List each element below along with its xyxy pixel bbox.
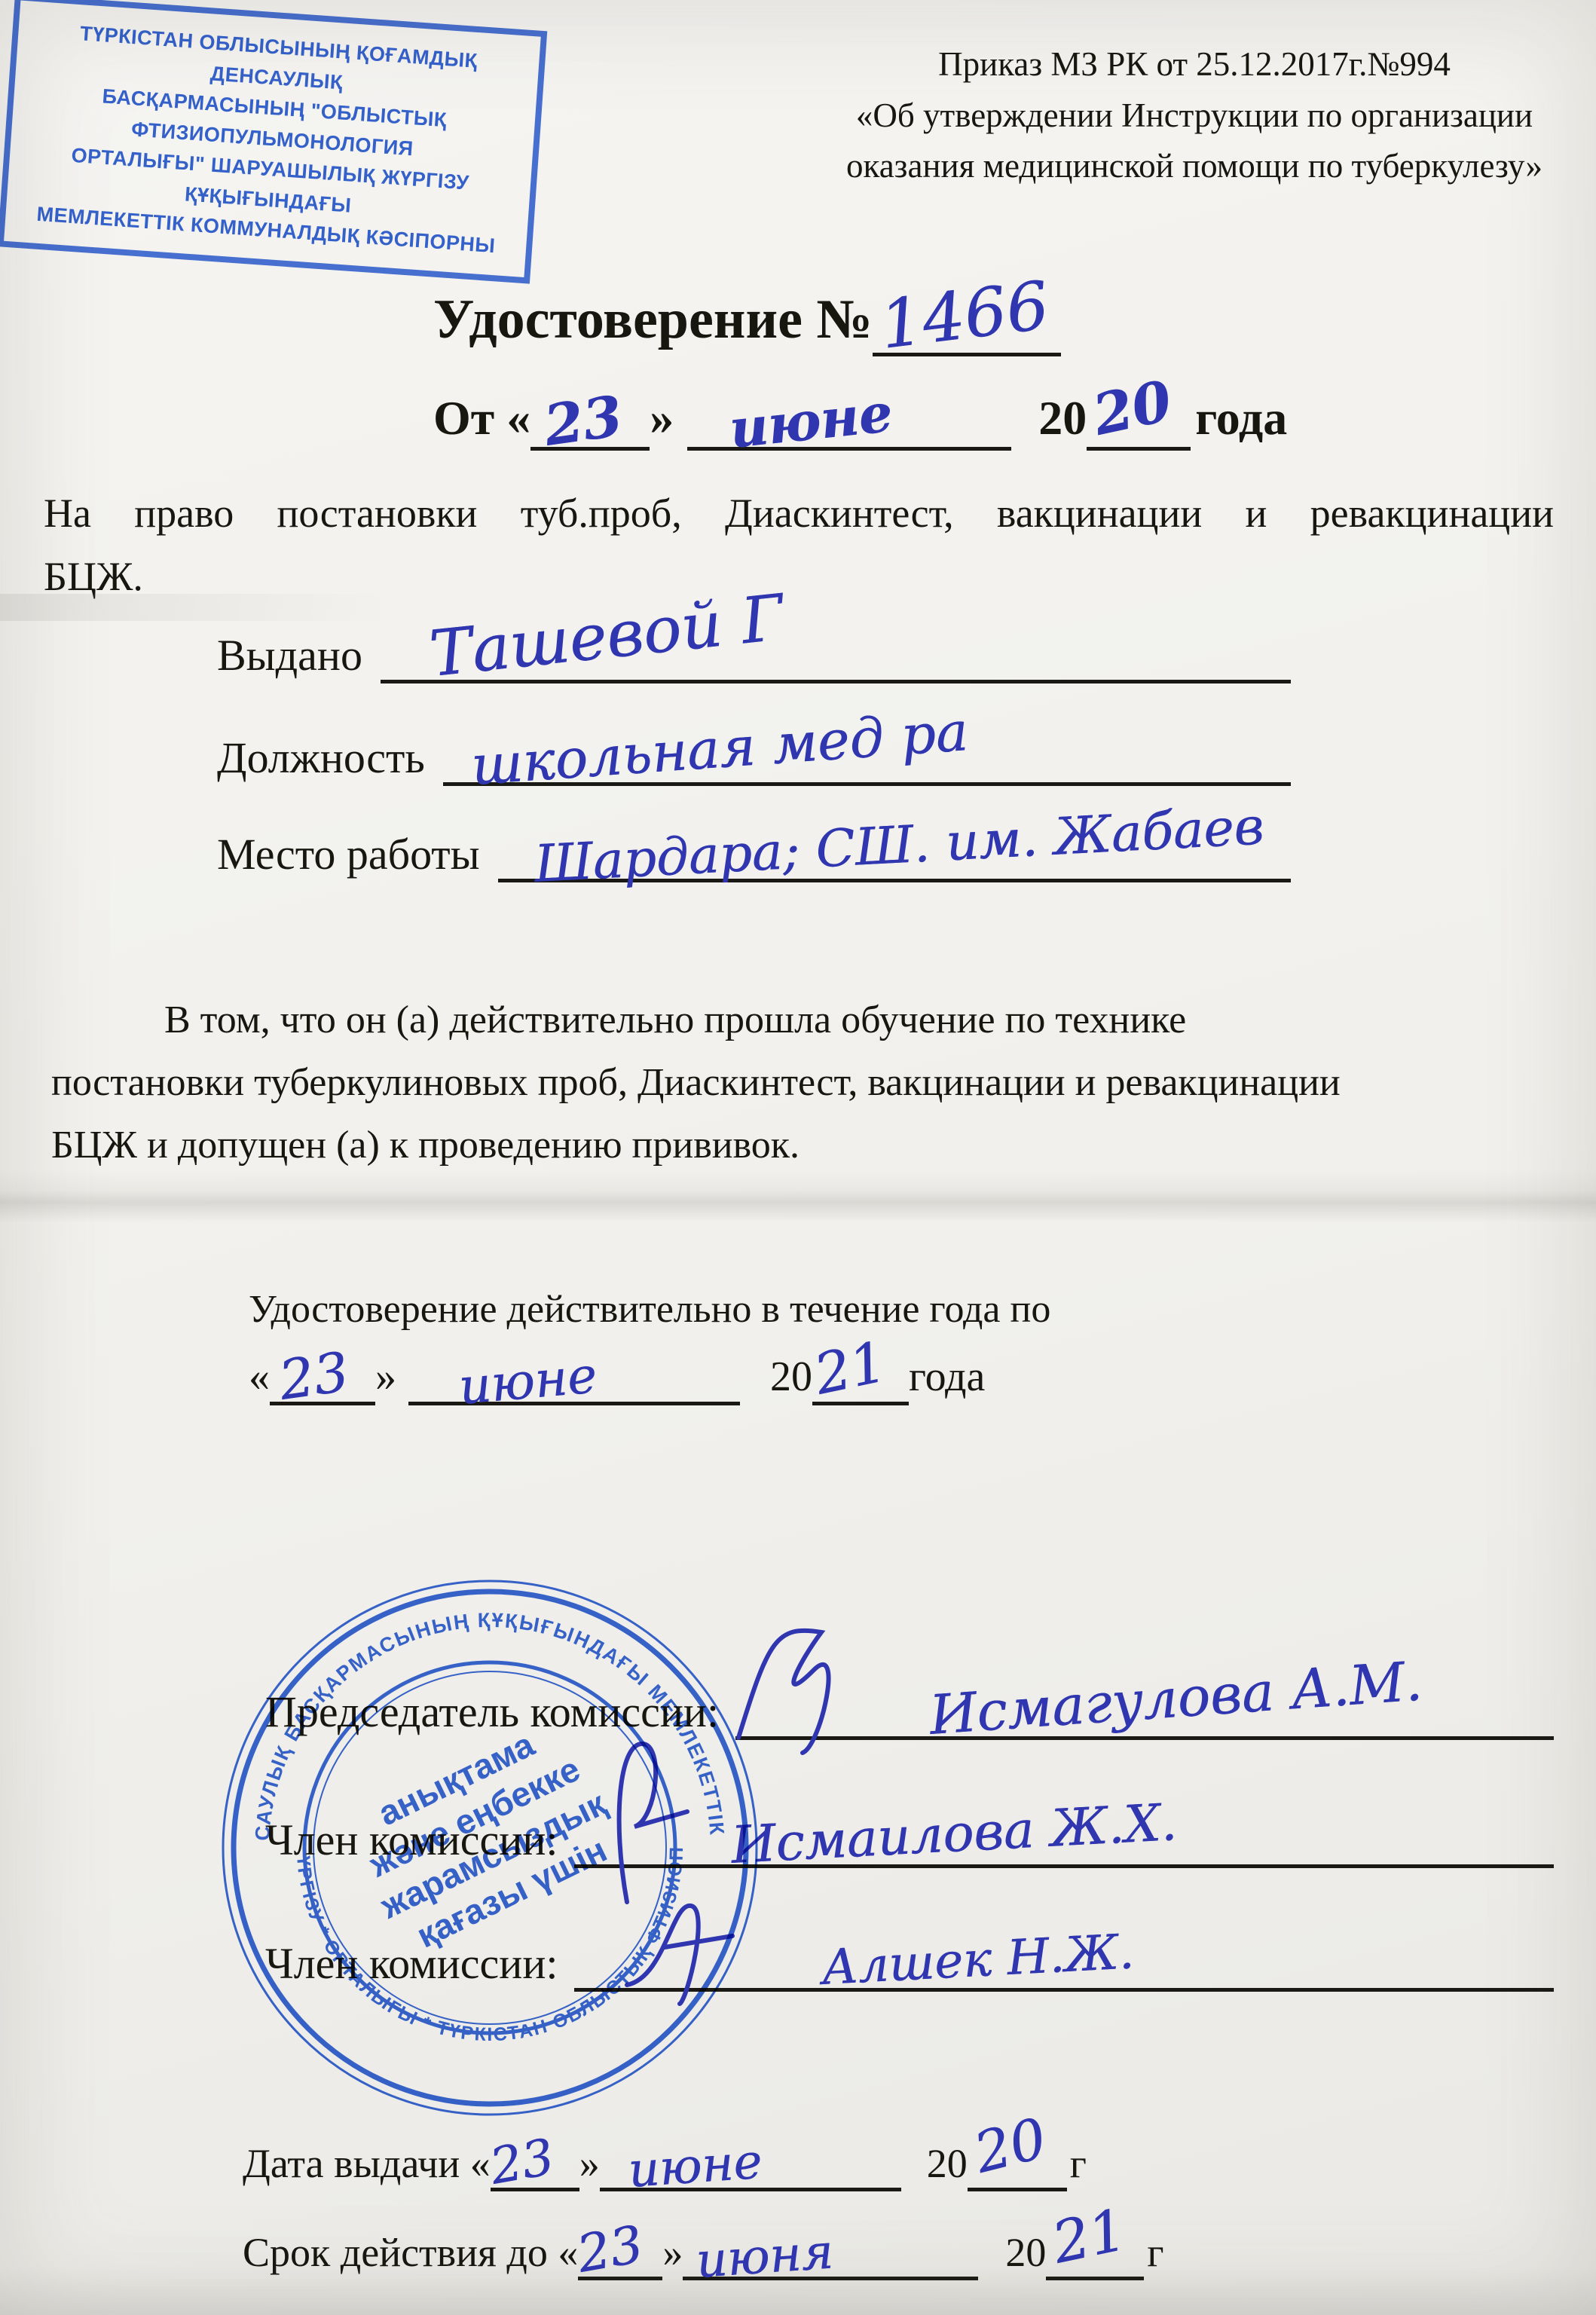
- signature-row-member-2: Член комиссии: Алшек Н.Ж.: [265, 1938, 1554, 1992]
- workplace-label: Место работы: [217, 829, 480, 882]
- validity-month-handwritten: июне: [457, 1350, 598, 1412]
- issue-day-line: 23: [491, 2177, 579, 2191]
- validity-statement: Удостоверение действительно в течение го…: [249, 1287, 1050, 1332]
- body-line-1: В том, что он (а) действительно прошла о…: [51, 989, 1555, 1051]
- date-month-line: июне: [687, 436, 1011, 451]
- issue-quote-close: »: [579, 2140, 600, 2191]
- certificate-date-row: От « 23 » июне 20 20 года: [433, 390, 1287, 451]
- issue-year-line: 20: [968, 2177, 1067, 2191]
- fold-crease: [0, 594, 392, 621]
- institution-rect-stamp: ТҮРКІСТАН ОБЛЫСЫНЫҢ ҚОҒАМДЫҚ ДЕНСАУЛЫҚ Б…: [0, 0, 547, 283]
- validity-century: 20: [770, 1353, 812, 1405]
- order-reference: Приказ МЗ РК от 25.12.2017г.№994 «Об утв…: [800, 39, 1588, 192]
- signature-stroke-icon: [597, 1729, 702, 1910]
- date-day-line: 23: [530, 436, 650, 451]
- member-2-label: Член комиссии:: [265, 1938, 558, 1992]
- workplace-value-handwritten: Шардара; СШ. им. Жабаев: [533, 801, 1264, 891]
- certificate-title-row: Удостоверение № 1466: [433, 288, 1061, 356]
- chair-signature-line: Исмагулова А.М.: [735, 1724, 1554, 1740]
- signature-stroke-icon: [731, 1617, 919, 1760]
- certificate-title: Удостоверение №: [433, 288, 873, 356]
- validity-year-line: 21: [812, 1391, 909, 1405]
- workplace-line: Шардара; СШ. им. Жабаев: [498, 868, 1291, 882]
- position-value-handwritten: школьная мед ра: [469, 704, 970, 793]
- member-1-signature-name: Исмаилова Ж.Х.: [730, 1797, 1179, 1872]
- validity-quote-close: »: [375, 1353, 396, 1405]
- scanned-certificate-page: ТҮРКІСТАН ОБЛЫСЫНЫҢ ҚОҒАМДЫҚ ДЕНСАУЛЫҚ Б…: [0, 0, 1596, 2315]
- validity-quote-open: «: [249, 1353, 270, 1405]
- order-reference-line: Приказ МЗ РК от 25.12.2017г.№994: [800, 39, 1588, 90]
- date-month-handwritten: июне: [727, 387, 895, 456]
- signature-row-chair: Председатель комиссии: Исмагулова А.М.: [265, 1687, 1554, 1740]
- chair-signature-name: Исмагулова А.М.: [928, 1653, 1423, 1742]
- member-2-signature-name: Алшек Н.Ж.: [821, 1928, 1135, 1992]
- issue-date-label: Дата выдачи «: [243, 2140, 491, 2191]
- position-label: Должность: [217, 732, 425, 786]
- issued-to-line: Ташевой Г: [381, 669, 1291, 683]
- certificate-number-line: 1466: [873, 342, 1061, 356]
- date-year-line: 20: [1087, 436, 1191, 451]
- expiry-year-handwritten: 21: [1048, 2201, 1131, 2272]
- member-1-label: Член комиссии:: [265, 1815, 558, 1868]
- date-suffix: года: [1195, 390, 1287, 451]
- issue-month-line: июне: [600, 2177, 901, 2191]
- position-line: школьная мед ра: [443, 772, 1291, 786]
- issued-to-label: Выдано: [217, 630, 362, 683]
- member-1-signature-line: Исмаилова Ж.Х.: [574, 1852, 1554, 1868]
- date-day-handwritten: 23: [541, 388, 625, 454]
- issue-century: 20: [927, 2140, 968, 2191]
- date-century: 20: [1038, 390, 1087, 451]
- order-reference-line: оказания медицинской помощи по туберкуле…: [800, 141, 1588, 192]
- body-line-2: постановки туберкулиновых проб, Диаскинт…: [51, 1051, 1555, 1114]
- body-line-3: БЦЖ и допущен (а) к проведению прививок.: [51, 1114, 1555, 1176]
- certificate-number-handwritten: 1466: [876, 272, 1052, 359]
- date-quote-close: »: [650, 390, 674, 451]
- date-prefix: От «: [433, 390, 530, 451]
- field-workplace: Место работы Шардара; СШ. им. Жабаев: [217, 829, 1291, 882]
- validity-year-handwritten: 21: [810, 1334, 891, 1403]
- signature-stroke-icon: [619, 1895, 748, 2008]
- fold-crease: [0, 1170, 1596, 1222]
- order-reference-line: «Об утверждении Инструкции по организаци…: [800, 90, 1588, 142]
- field-issued-to: Выдано Ташевой Г: [217, 630, 1291, 683]
- issue-month-handwritten: июне: [626, 2138, 763, 2195]
- body-paragraph: В том, что он (а) действительно прошла о…: [51, 989, 1555, 1177]
- signature-row-member-1: Член комиссии: Исмаилова Ж.Х.: [265, 1815, 1554, 1868]
- issue-year-handwritten: 20: [969, 2110, 1051, 2182]
- issue-date-row: Дата выдачи « 23 » июне 20 20 г: [243, 2140, 1087, 2191]
- validity-day-handwritten: 23: [276, 1344, 352, 1408]
- issue-suffix: г: [1070, 2140, 1087, 2191]
- date-year-handwritten: 20: [1089, 373, 1176, 444]
- issue-day-handwritten: 23: [486, 2132, 557, 2192]
- field-position: Должность школьная мед ра: [217, 732, 1291, 786]
- validity-suffix: года: [909, 1353, 985, 1405]
- validity-month-line: июне: [408, 1391, 740, 1405]
- member-2-signature-line: Алшек Н.Ж.: [574, 1976, 1554, 1992]
- validity-day-line: 23: [270, 1391, 375, 1405]
- subject-line-1: На право постановки туб.проб, Диаскинтес…: [44, 482, 1554, 546]
- validity-date-row: « 23 » июне 20 21 года: [249, 1353, 985, 1405]
- scan-edge-shadow: [0, 2267, 1596, 2315]
- subject-paragraph: На право постановки туб.проб, Диаскинтес…: [44, 482, 1554, 608]
